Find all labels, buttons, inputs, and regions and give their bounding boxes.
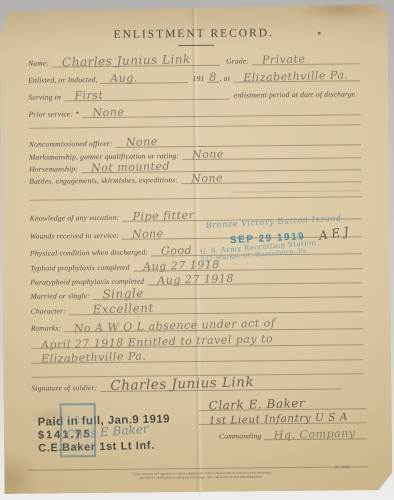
officer-signature-row: Clark E. Baker: [199, 397, 367, 411]
section-rule: [29, 196, 361, 200]
commanding-handwritten: Hq. Company: [274, 427, 356, 442]
wounds-handwritten: None: [132, 227, 164, 241]
form-number: 3—5949: [334, 466, 349, 470]
enlisted-month-line: Aug.: [101, 70, 189, 84]
year-prefix-label: 191: [189, 74, 208, 83]
remarks-label: Remarks:: [31, 323, 64, 332]
battles-label: Battles, engagements, skirmishes, expedi…: [29, 175, 181, 186]
grade-label: Grade:: [220, 56, 252, 65]
photo-background: ENLISTMENT RECORD. Name: Charles Junius …: [0, 0, 394, 500]
paid-in-full-stamp: Paid in full, Jan.9 1919 $141.75 C.E.Bak…: [37, 413, 170, 454]
field-row-married: Married or single: Single: [30, 285, 362, 300]
paid-stamp-line3: C.E.Baker 1st Lt Inf.: [38, 439, 171, 454]
ink-speck: [318, 32, 321, 35]
at-label: , at: [219, 74, 232, 83]
vocation-label: Knowledge of any vocation:: [30, 213, 123, 223]
title-underline: [178, 45, 214, 46]
field-row-remarks: Remarks: No A W O L absence under act of: [31, 317, 363, 332]
field-row-serving: Serving in First enlistment period at da…: [28, 86, 360, 101]
commanding-line: Hq. Company: [264, 426, 367, 440]
physical-condition-handwritten: Good: [161, 244, 192, 258]
remarks-handwritten-3: Elizabethville Pa.: [41, 350, 147, 366]
field-row-soldier-signature: Signature of soldier: Charles Junius Lin…: [31, 377, 341, 392]
enlisted-label: Enlisted, or Inducted,: [28, 75, 100, 85]
officer-rank-row: 1st Lieut Infantry U S A: [199, 411, 367, 425]
field-row-remarks-3: Elizabethville Pa.: [31, 348, 363, 363]
soldier-signature-line: Charles Junius Link: [100, 376, 341, 392]
place-handwritten: Elizabethville Pa.: [243, 68, 349, 84]
field-row-character: Character: Excellent: [31, 300, 363, 315]
nco-label: Noncommissioned officer:: [29, 139, 116, 149]
serving-label: Serving in: [28, 92, 64, 101]
nco-handwritten: None: [125, 135, 157, 149]
remarks-line1: No A W O L absence under act of: [64, 316, 363, 332]
place-line: Elizabethville Pa.: [233, 68, 360, 82]
prior-service-line: None: [82, 102, 360, 118]
paratyphoid-label: Paratyphoid prophylaxis completed: [30, 277, 147, 287]
physical-condition-label: Physical condition when discharged:: [30, 247, 151, 257]
field-row-remarks-2: April 27 1918 Entitled to travel pay to: [31, 333, 363, 348]
dotted-rule: [231, 190, 361, 192]
serving-line: First: [64, 87, 229, 102]
grade-value-handwritten: Private: [262, 52, 306, 66]
commanding-label: Commanding: [219, 431, 265, 440]
field-row-battles: Battles, engagements, skirmishes, expedi…: [29, 170, 361, 185]
married-label: Married or single:: [30, 291, 93, 301]
prior-service-label: Prior service: *: [29, 109, 83, 119]
battles-line: None: [181, 169, 361, 184]
officer-signature-line: Clark E. Baker: [199, 396, 367, 411]
name-label: Name:: [28, 58, 52, 67]
enlisted-month-handwritten: Aug.: [110, 71, 138, 85]
year-digit-handwritten: 8: [209, 71, 217, 84]
paratyphoid-line: Aug 27 1918: [147, 270, 362, 285]
serving-value-handwritten: First: [74, 89, 103, 103]
character-label: Character:: [31, 306, 69, 315]
enlistment-record-document: ENLISTMENT RECORD. Name: Charles Junius …: [0, 4, 393, 494]
remarks-line2: April 27 1918 Entitled to travel pay to: [31, 332, 363, 348]
vocation-handwritten: Pipe fitter: [132, 208, 194, 223]
wounds-label: Wounds received in service:: [30, 231, 122, 241]
date-stamp-initials: A E J: [318, 224, 350, 243]
commanding-row: Commanding Hq. Company: [219, 427, 367, 441]
officer-rank-handwritten: 1st Lieut Infantry U S A: [209, 411, 348, 427]
grade-line: Private: [252, 51, 360, 65]
section-rule: [29, 124, 361, 128]
officer-rank-line: 1st Lieut Infantry U S A: [199, 410, 367, 425]
battles-handwritten: None: [191, 171, 223, 185]
field-row-prior-service: Prior service: * None: [29, 103, 361, 118]
soldier-signature-handwritten: Charles Junius Link: [110, 374, 254, 394]
vertical-box-stamp: M.S.N. CO.: [60, 403, 97, 457]
field-row-enlisted: Enlisted, or Inducted, Aug. 191 8 , at E…: [28, 69, 360, 84]
field-row-name: Name: Charles Junius Link Grade: Private: [28, 52, 360, 67]
married-line: Single: [93, 284, 363, 300]
remarks-line3: Elizabethville Pa.: [31, 347, 363, 363]
typhoid-label: Typhoid prophylaxis completed: [30, 263, 133, 273]
vertical-box-stamp-text: M.S.N. CO.: [75, 412, 81, 448]
name-line: Charles Junius Link: [52, 53, 220, 68]
prior-service-handwritten: None: [92, 105, 124, 119]
footnote: * Give company and regiment or corps or …: [64, 471, 338, 485]
soldier-signature-label: Signature of soldier:: [31, 383, 100, 393]
character-line: Excellent: [69, 299, 363, 315]
year-digit-line: 8: [207, 70, 219, 83]
footnote-line2: also note of verification of noting each…: [125, 475, 278, 481]
document-title: ENLISTMENT RECORD.: [0, 26, 388, 42]
name-value-handwritten: Charles Junius Link: [62, 52, 191, 70]
character-handwritten: Excellent: [93, 301, 155, 317]
serving-suffix-label: enlistment period at date of discharge.: [229, 89, 360, 99]
married-handwritten: Single: [103, 286, 145, 301]
